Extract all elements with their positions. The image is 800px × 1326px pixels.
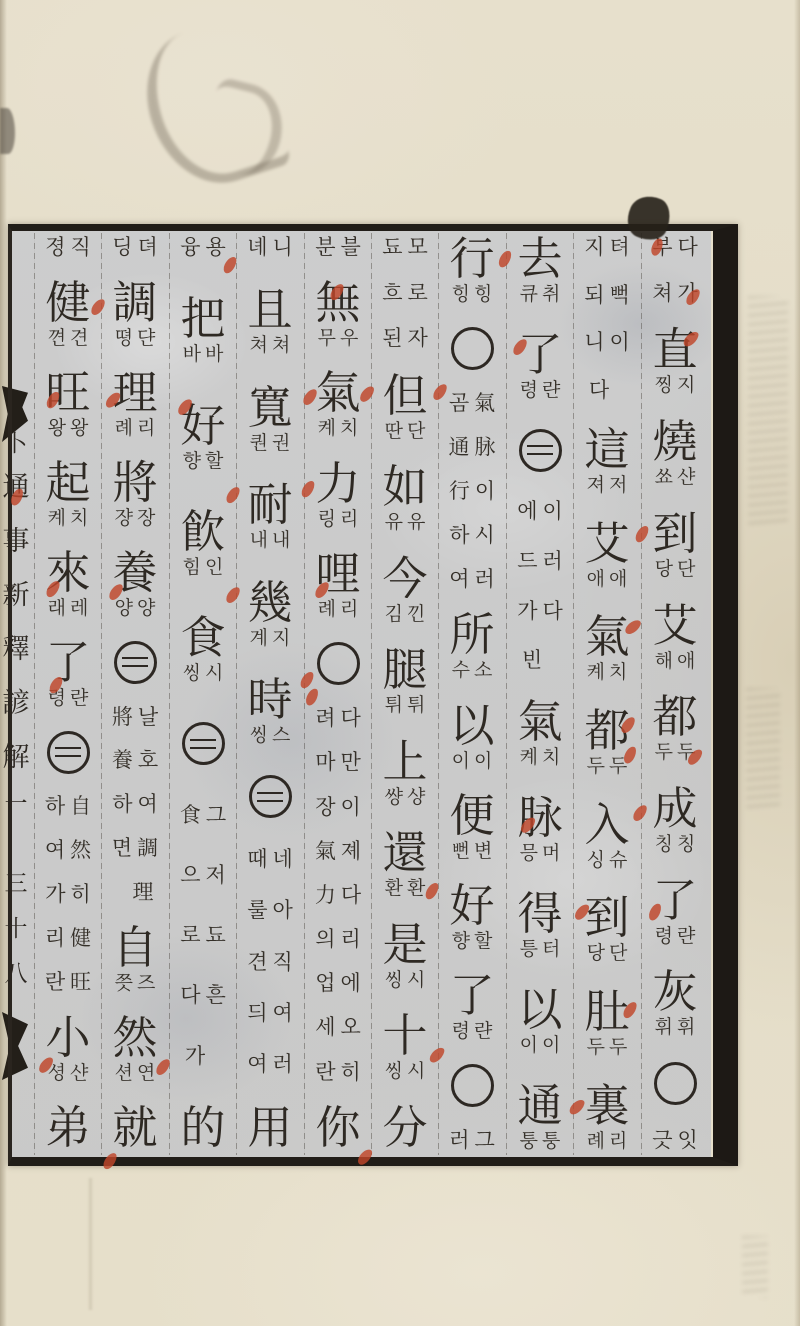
text-frame-border <box>8 224 738 1166</box>
paper-crease <box>88 1178 93 1310</box>
book-page-scan: 부다쳐가直찡지燒쑈샨到당단艾해애都두두成칭칭了령랸灰휘휘긋잇지텨되뻑니이다這져저… <box>0 0 800 1326</box>
margin-smudge <box>746 688 780 808</box>
margin-smudge <box>748 296 788 526</box>
margin-smudge <box>742 1236 768 1298</box>
